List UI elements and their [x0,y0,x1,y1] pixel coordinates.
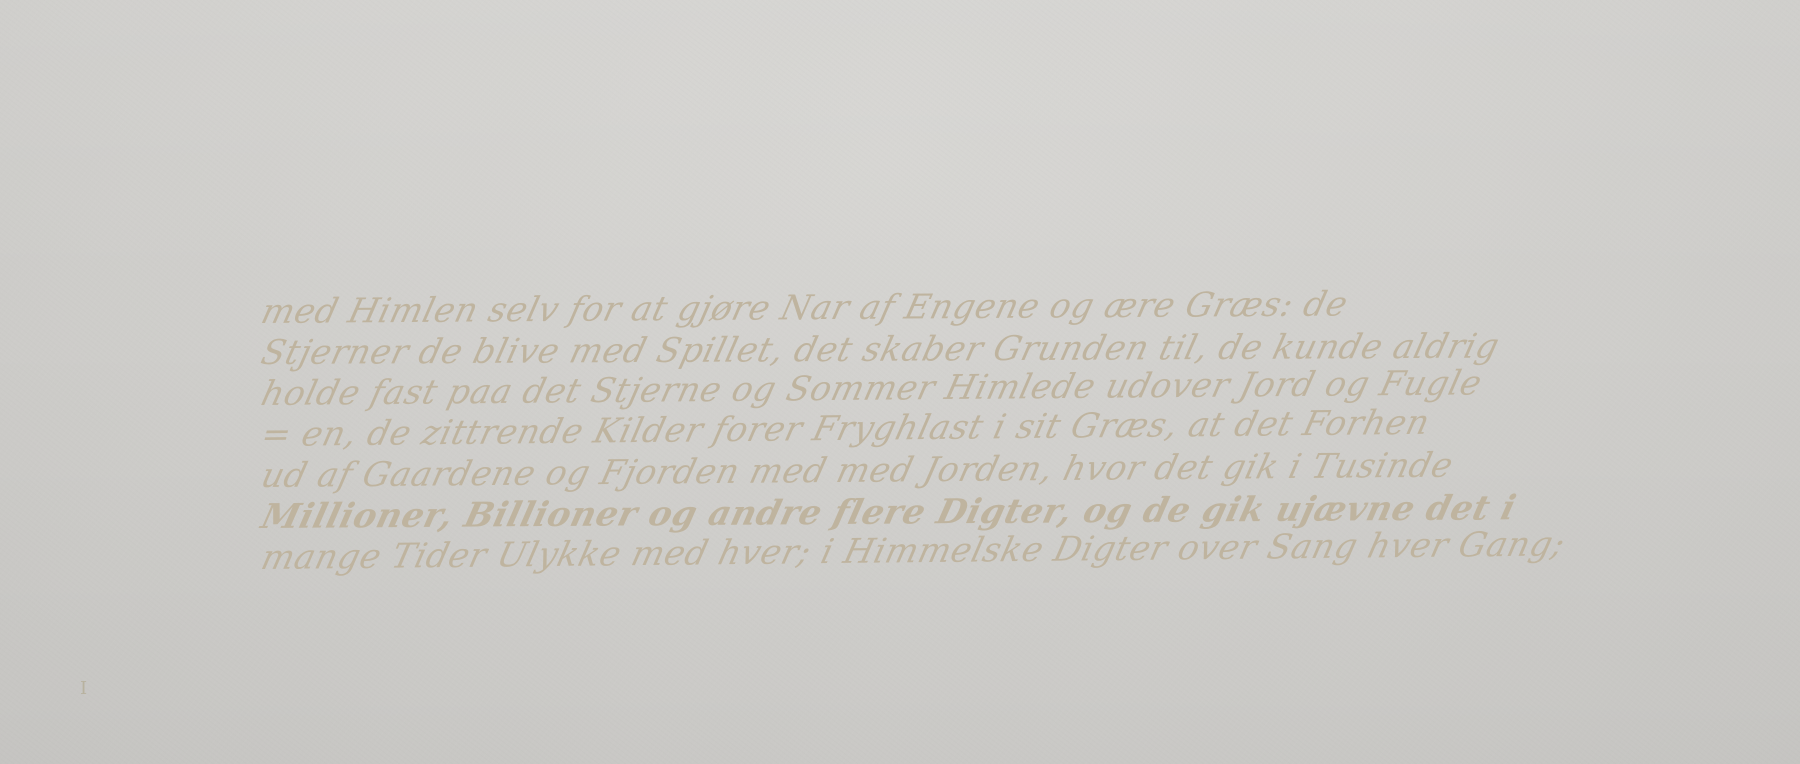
manuscript-line-1: med Himlen selv for at gjøre Nar af Enge… [262,282,1702,333]
manuscript-page: med Himlen selv for at gjøre Nar af Enge… [0,0,1800,764]
handwritten-text-block: med Himlen selv for at gjøre Nar af Enge… [262,292,1702,579]
page-number: I [80,678,87,699]
manuscript-line-text: med Himlen selv for at gjøre Nar af Enge… [257,284,1352,333]
